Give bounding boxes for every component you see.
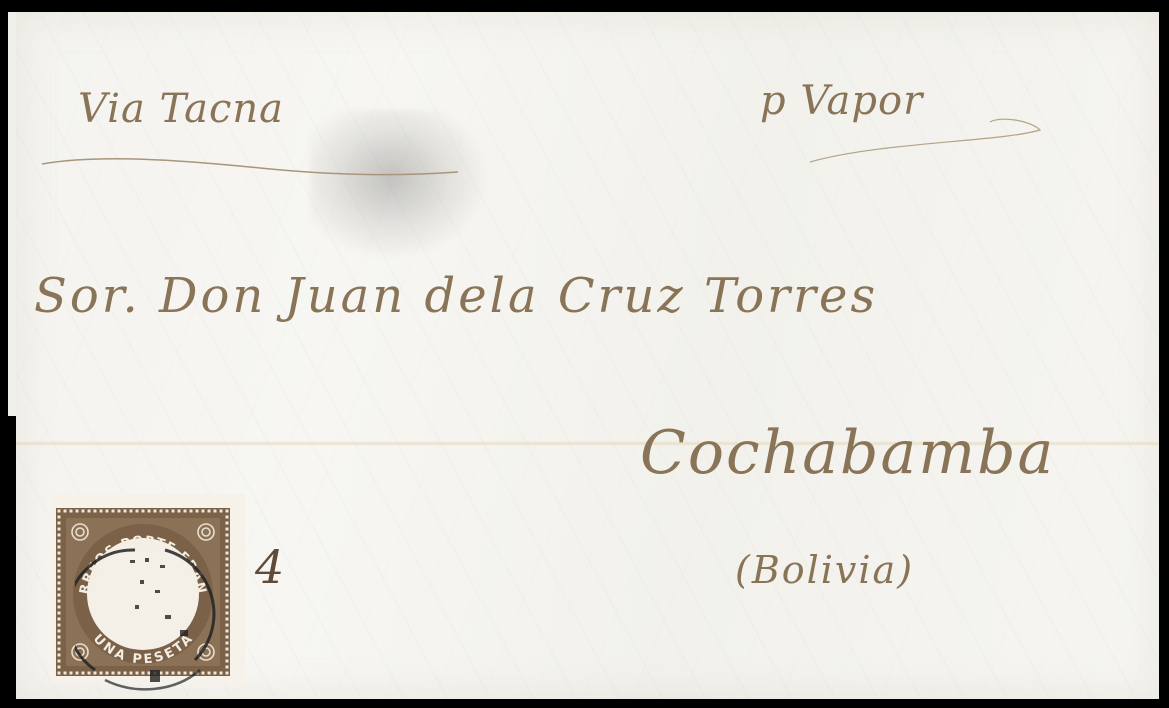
destination-city: Cochabamba	[640, 418, 1055, 488]
addressee-name: Sor. Don Juan dela Cruz Torres	[34, 268, 878, 324]
route-annotation: Via Tacna	[78, 86, 284, 132]
route-underline-flourish	[40, 150, 460, 190]
rate-marking: 4	[255, 540, 285, 594]
destination-country: (Bolivia)	[735, 548, 914, 592]
circular-postmark	[75, 520, 225, 695]
carrier-flourish	[800, 112, 1050, 172]
